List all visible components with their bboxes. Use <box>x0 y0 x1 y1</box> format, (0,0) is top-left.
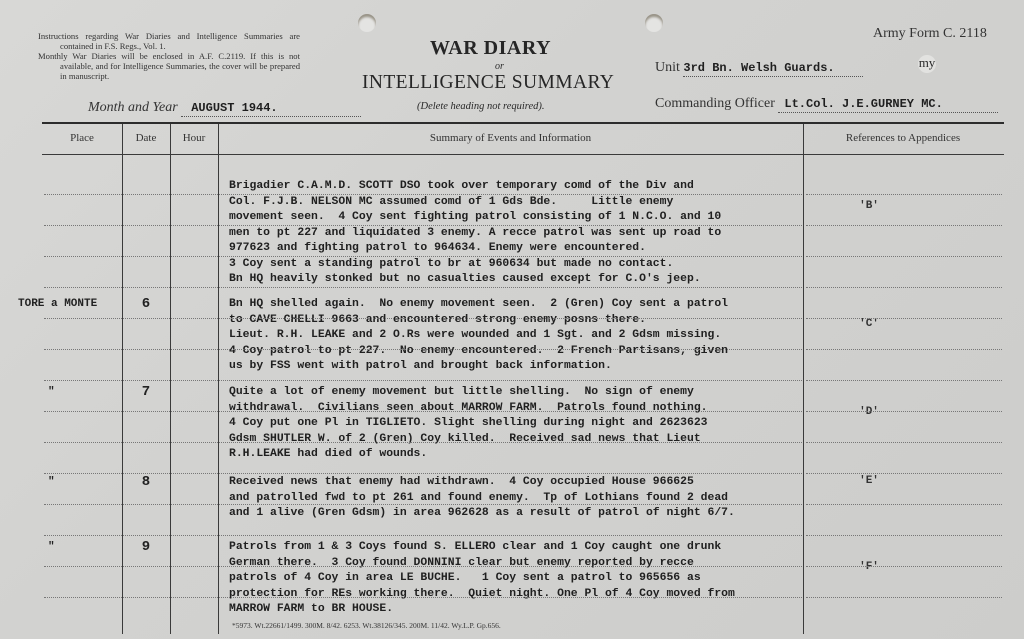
entry-summary-line: 3 Coy sent a standing patrol to br at 96… <box>229 257 673 273</box>
month-year-label: Month and Year <box>88 100 178 115</box>
entry-date: 7 <box>126 384 166 400</box>
ruled-line <box>806 535 1002 536</box>
column-header-hour: Hour <box>170 132 218 144</box>
ruled-line <box>44 504 802 505</box>
stamp-mark: my <box>918 55 936 73</box>
entry-place: " <box>48 541 55 553</box>
entry-summary-line: Brigadier C.A.M.D. SCOTT DSO took over t… <box>229 179 694 195</box>
entry-reference: 'E' <box>849 475 889 487</box>
table-header-rule <box>42 154 1004 155</box>
unit-value: 3rd Bn. Welsh Guards. <box>683 61 834 75</box>
table-top-rule <box>42 122 1004 124</box>
entry-reference: 'B' <box>849 200 889 212</box>
month-year-value: AUGUST 1944. <box>191 101 277 115</box>
entry-summary-line: Quite a lot of enemy movement but little… <box>229 385 694 401</box>
entry-summary-line: 4 Coy put one Pl in TIGLIETO. Slight she… <box>229 416 708 432</box>
entry-summary-line: 977623 and fighting patrol to 964634. En… <box>229 241 646 257</box>
entry-summary-line: patrols of 4 Coy in area LE BUCHE. 1 Coy… <box>229 571 701 587</box>
punch-hole-icon <box>358 14 376 32</box>
ruled-line <box>44 535 802 536</box>
document-subtitle: INTELLIGENCE SUMMARY <box>362 72 614 94</box>
entry-summary-line: Bn HQ shelled again. No enemy movement s… <box>229 297 728 313</box>
document-title: WAR DIARY <box>430 37 551 60</box>
entry-date: 9 <box>126 539 166 555</box>
entry-date: 6 <box>126 296 166 312</box>
entry-summary-line: protection for REs working there. Quiet … <box>229 587 735 603</box>
ruled-line <box>806 287 1002 288</box>
print-footer: *5973. Wt.22661/1499. 300M. 8/42. 6253. … <box>232 621 501 630</box>
entry-summary-line: German there. 3 Coy found DONNINI clear … <box>229 556 694 572</box>
entry-summary-line: 4 Coy patrol to pt 227. No enemy encount… <box>229 344 728 360</box>
form-number: Army Form C. 2118 <box>873 26 987 42</box>
entry-summary-line: Lieut. R.H. LEAKE and 2 O.Rs were wounde… <box>229 328 721 344</box>
ruled-line <box>44 349 802 350</box>
ruled-line <box>806 442 1002 443</box>
entry-summary-line: MARROW FARM to BR HOUSE. <box>229 602 393 618</box>
entry-summary-line: Received news that enemy had withdrawn. … <box>229 475 694 491</box>
entry-summary-line: to CAVE CHELLI 9663 and encountered stro… <box>229 313 646 329</box>
commanding-officer-label: Commanding Officer <box>655 96 775 111</box>
column-header-summary: Summary of Events and Information <box>218 132 803 144</box>
entry-summary-line: Col. F.J.B. NELSON MC assumed comd of 1 … <box>229 195 673 211</box>
ruled-line <box>44 442 802 443</box>
entry-date: 8 <box>126 474 166 490</box>
ruled-line <box>44 194 802 195</box>
column-header-date: Date <box>122 132 170 144</box>
entry-summary-line: Patrols from 1 & 3 Coys found S. ELLERO … <box>229 540 721 556</box>
ruled-line <box>806 473 1002 474</box>
ruled-line <box>806 194 1002 195</box>
unit-field: Unit 3rd Bn. Welsh Guards. <box>655 60 863 77</box>
ruled-line <box>44 597 802 598</box>
entry-place: " <box>48 476 55 488</box>
ruled-line <box>44 473 802 474</box>
entry-summary-line: withdrawal. Civilians seen about MARROW … <box>229 401 708 417</box>
entry-place: " <box>48 386 55 398</box>
column-header-place: Place <box>42 132 122 144</box>
ruled-line <box>806 566 1002 567</box>
ruled-line <box>44 225 802 226</box>
entry-summary-line: Bn HQ heavily stonked but no casualties … <box>229 272 701 288</box>
ruled-line <box>806 256 1002 257</box>
entry-place: TORE a MONTE <box>18 298 97 310</box>
instructions-line-1: Instructions regarding War Diaries and I… <box>38 31 300 51</box>
ruled-line <box>806 411 1002 412</box>
ruled-line <box>806 225 1002 226</box>
title-or: or <box>495 61 504 72</box>
column-divider <box>803 124 804 634</box>
commanding-officer-field: Commanding Officer Lt.Col. J.E.GURNEY MC… <box>655 96 998 113</box>
ruled-line <box>806 597 1002 598</box>
punch-hole-icon <box>645 14 663 32</box>
ruled-line <box>44 287 802 288</box>
entry-summary-line: men to pt 227 and liquidated 3 enemy. A … <box>229 226 721 242</box>
unit-label: Unit <box>655 60 680 75</box>
commanding-officer-value: Lt.Col. J.E.GURNEY MC. <box>784 97 942 111</box>
column-divider <box>218 124 219 634</box>
month-year-field: Month and Year AUGUST 1944. <box>88 100 361 117</box>
ruled-line <box>44 566 802 567</box>
column-header-references: References to Appendices <box>803 132 1003 144</box>
entry-summary-line: R.H.LEAKE had died of wounds. <box>229 447 427 463</box>
entry-reference: 'D' <box>849 406 889 418</box>
instructions-note: Instructions regarding War Diaries and I… <box>38 31 300 81</box>
title-note: (Delete heading not required). <box>417 101 545 112</box>
ruled-line <box>806 318 1002 319</box>
entry-summary-line: Gdsm SHUTLER W. of 2 (Gren) Coy killed. … <box>229 432 701 448</box>
entry-reference: 'F' <box>849 561 889 573</box>
ruled-line <box>806 504 1002 505</box>
column-divider <box>170 124 171 634</box>
ruled-line <box>806 380 1002 381</box>
ruled-line <box>44 380 802 381</box>
entry-summary-line: us by FSS went with patrol and brought b… <box>229 359 612 375</box>
ruled-line <box>44 318 802 319</box>
instructions-line-2: Monthly War Diaries will be enclosed in … <box>38 51 300 81</box>
ruled-line <box>806 349 1002 350</box>
entry-summary-line: movement seen. 4 Coy sent fighting patro… <box>229 210 721 226</box>
column-divider <box>122 124 123 634</box>
entry-summary-line: and 1 alive (Gren Gdsm) in area 962628 a… <box>229 506 735 522</box>
entry-reference: 'C' <box>849 318 889 330</box>
ruled-line <box>44 411 802 412</box>
ruled-line <box>44 256 802 257</box>
